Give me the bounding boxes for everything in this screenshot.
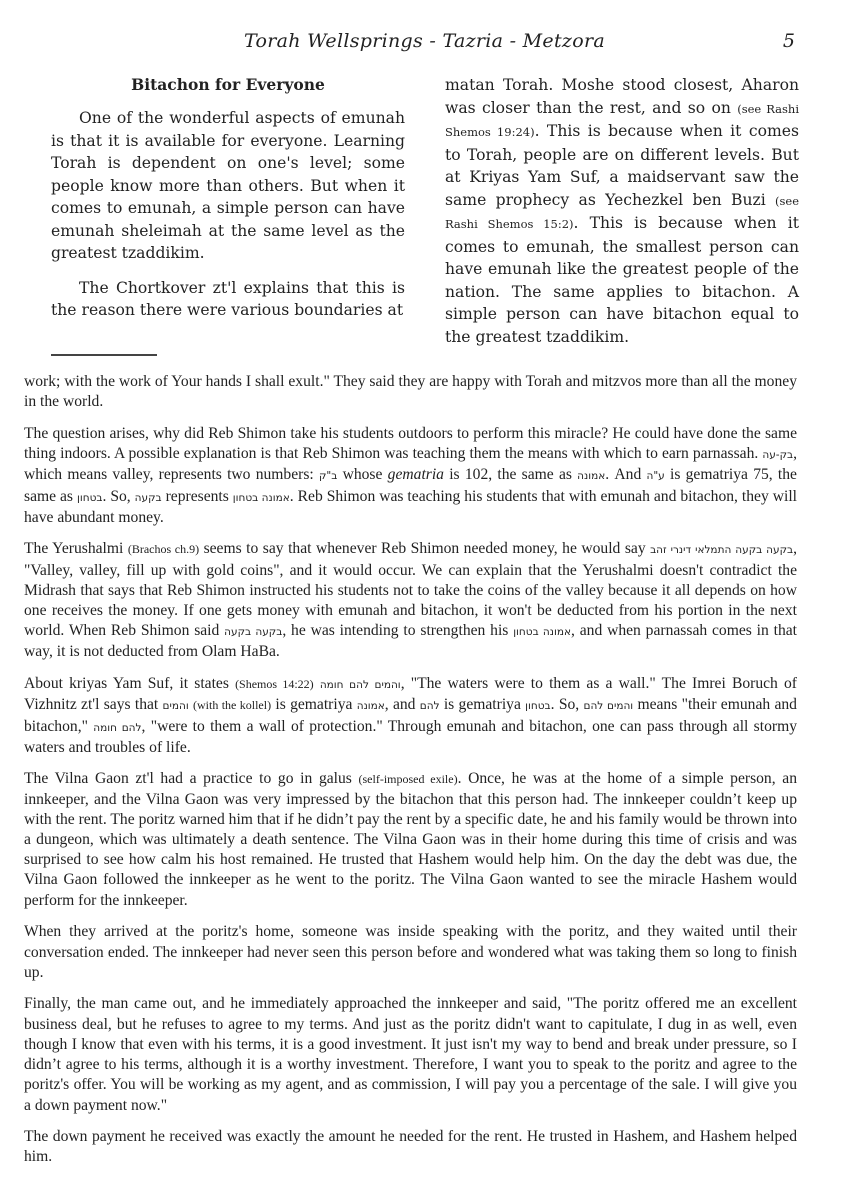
- hebrew-text: בקעה בקעה התמלאי דינרי זהב: [650, 544, 793, 556]
- source-reference: (Shemos 14:22): [235, 677, 314, 691]
- footnote: work; with the work of Your hands I shal…: [24, 372, 797, 412]
- hebrew-text: אמונה בטחון: [513, 626, 571, 638]
- hebrew-text: בקעה בקעה: [224, 626, 282, 638]
- footnote: Finally, the man came out, and he immedi…: [24, 994, 797, 1115]
- text-run: is gematriya: [271, 696, 357, 713]
- paragraph: matan Torah. Moshe stood closest, Aharon…: [445, 74, 799, 348]
- hebrew-text: ע"ה: [646, 470, 664, 482]
- footnote: About kriyas Yam Suf, it states (Shemos …: [24, 674, 797, 758]
- text-run: . Once, he was at the home of a simple p…: [24, 770, 797, 908]
- paragraph: The Chortkover zt'l explains that this i…: [51, 277, 405, 322]
- source-reference: (self-imposed exile): [359, 772, 458, 786]
- footnote-divider: [51, 354, 157, 356]
- page-number: 5: [783, 30, 795, 52]
- hebrew-text: בק-עה: [762, 449, 793, 461]
- hebrew-text: והמים: [163, 700, 189, 712]
- italic-term: gematria: [388, 466, 444, 483]
- text-run: whose: [337, 466, 387, 483]
- text-run: represents: [162, 488, 233, 505]
- text-run: is gematriya: [440, 696, 526, 713]
- source-reference: (Brachos ch.9): [128, 542, 199, 556]
- text-run: . So,: [102, 488, 134, 505]
- footnote: The question arises, why did Reb Shimon …: [24, 424, 797, 528]
- hebrew-text: בטחון: [525, 700, 550, 712]
- hebrew-text: אמונה בטחון: [233, 492, 290, 504]
- text-run: . And: [605, 466, 646, 483]
- text-run: , and: [385, 696, 420, 713]
- hebrew-text: ב"ק: [319, 470, 337, 482]
- text-run: The question arises, why did Reb Shimon …: [24, 425, 797, 462]
- footnote: The Yerushalmi (Brachos ch.9) seems to s…: [24, 539, 797, 662]
- paragraph: One of the wonderful aspects of emunah i…: [51, 107, 405, 265]
- text-run: , he was intending to strengthen his: [282, 622, 513, 639]
- footnote: When they arrived at the poritz's home, …: [24, 922, 797, 983]
- text-run: seems to say that whenever Reb Shimon ne…: [199, 540, 650, 557]
- hebrew-text: בטחון: [77, 492, 102, 504]
- hebrew-text: להם חומה: [93, 722, 141, 734]
- hebrew-text: אמונה: [577, 470, 605, 482]
- text-run: About kriyas Yam Suf, it states: [24, 675, 235, 692]
- hebrew-text: והמים להם חומה: [320, 679, 401, 691]
- footnotes: work; with the work of Your hands I shal…: [24, 372, 797, 1179]
- hebrew-text: אמונה: [357, 700, 385, 712]
- left-column: Bitachon for Everyone One of the wonderf…: [51, 74, 405, 334]
- footnote: The down payment he received was exactly…: [24, 1127, 797, 1167]
- text-run: is 102, the same as: [444, 466, 577, 483]
- section-heading: Bitachon for Everyone: [51, 74, 405, 96]
- source-reference: (with the kollel): [193, 698, 271, 712]
- footnote: The Vilna Gaon zt'l had a practice to go…: [24, 769, 797, 910]
- header-title: Torah Wellsprings - Tazria - Metzora: [0, 30, 849, 52]
- text-run: The Yerushalmi: [24, 540, 128, 557]
- hebrew-text: להם: [420, 700, 440, 712]
- text-run: . So,: [551, 696, 584, 713]
- right-column: matan Torah. Moshe stood closest, Aharon…: [445, 74, 799, 360]
- text-run: . This is because when it comes to emuna…: [445, 214, 799, 346]
- text-run: The Vilna Gaon zt'l had a practice to go…: [24, 770, 359, 787]
- hebrew-text: והמים להם: [583, 700, 633, 712]
- running-header: Torah Wellsprings - Tazria - Metzora 5: [0, 30, 849, 60]
- hebrew-text: בקעה: [135, 492, 162, 504]
